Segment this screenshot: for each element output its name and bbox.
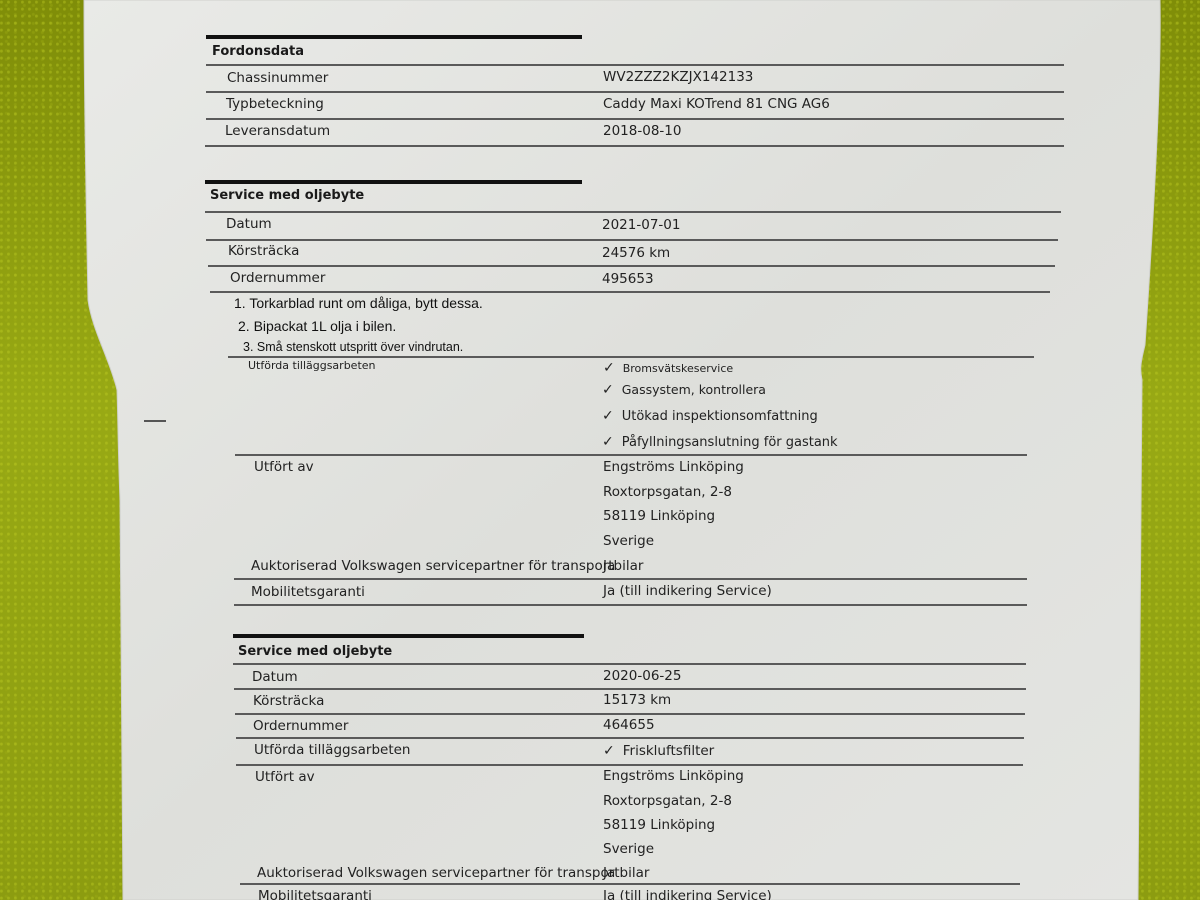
service-1-extra-item: ✓Påfyllningsanslutning för gastank bbox=[602, 434, 838, 450]
service-1-performed-label: Utfört av bbox=[254, 459, 314, 475]
service-1-km-label: Körsträcka bbox=[228, 243, 299, 259]
service-2-dealer-country: Sverige bbox=[603, 841, 654, 857]
row-divider bbox=[235, 454, 1027, 456]
type-label: Typbeteckning bbox=[226, 96, 324, 112]
service-2-mobility-label: Mobilitetsgaranti bbox=[258, 888, 372, 900]
service-2-km-value: 15173 km bbox=[603, 692, 671, 708]
service-1-dealer-name: Engströms Linköping bbox=[603, 459, 744, 475]
row-divider bbox=[208, 265, 1055, 267]
service-1-dealer-street: Roxtorpsgatan, 2-8 bbox=[603, 484, 732, 500]
row-divider bbox=[210, 291, 1050, 293]
service-1-note-3: 3. Små stenskott utspritt över vindrutan… bbox=[243, 340, 463, 354]
row-divider bbox=[206, 239, 1058, 241]
service-2-km-label: Körsträcka bbox=[253, 693, 324, 709]
service-1-extras-label: Utförda tilläggsarbeten bbox=[248, 359, 376, 372]
service-document: Fordonsdata Chassinummer WV2ZZZ2KZJX1421… bbox=[0, 0, 1200, 900]
row-divider bbox=[235, 713, 1025, 715]
service-1-dealer-country: Sverige bbox=[603, 533, 654, 549]
section-divider bbox=[205, 180, 582, 184]
service-2-dealer-name: Engströms Linköping bbox=[603, 768, 744, 784]
section-divider bbox=[233, 634, 584, 638]
service-1-mobility-label: Mobilitetsgaranti bbox=[251, 584, 365, 600]
service-1-authorized-value: Ja bbox=[603, 558, 615, 574]
service-2-date-label: Datum bbox=[252, 669, 298, 685]
row-divider bbox=[233, 663, 1026, 665]
service-1-km-value: 24576 km bbox=[602, 245, 670, 261]
row-divider bbox=[206, 64, 1064, 66]
row-divider bbox=[205, 211, 1061, 213]
delivery-date-label: Leveransdatum bbox=[225, 123, 330, 139]
service-1-date-value: 2021-07-01 bbox=[602, 217, 680, 233]
row-divider bbox=[206, 91, 1064, 93]
service-2-authorized-label: Auktoriserad Volkswagen servicepartner f… bbox=[257, 865, 649, 881]
service-1-mobility-value: Ja (till indikering Service) bbox=[603, 583, 772, 599]
row-divider bbox=[205, 145, 1064, 147]
section-divider bbox=[206, 35, 582, 39]
row-divider bbox=[228, 356, 1034, 358]
service-2-extra-item: ✓Friskluftsfilter bbox=[603, 743, 714, 759]
service-1-order-label: Ordernummer bbox=[230, 270, 325, 286]
service-2-authorized-value: Ja bbox=[603, 865, 615, 881]
service-1-order-value: 495653 bbox=[602, 271, 654, 287]
check-icon: ✓ bbox=[603, 743, 615, 759]
service-1-dealer-city: 58119 Linköping bbox=[603, 508, 715, 524]
row-divider bbox=[236, 737, 1024, 739]
service-1-note-1: 1. Torkarblad runt om dåliga, bytt dessa… bbox=[234, 295, 483, 311]
service-2-order-label: Ordernummer bbox=[253, 718, 348, 734]
row-divider bbox=[234, 578, 1027, 580]
chassis-label: Chassinummer bbox=[227, 70, 328, 86]
row-divider bbox=[240, 883, 1020, 885]
check-icon: ✓ bbox=[603, 360, 615, 376]
service-1-date-label: Datum bbox=[226, 216, 272, 232]
row-divider bbox=[234, 688, 1026, 690]
service-2-performed-label: Utfört av bbox=[255, 769, 315, 785]
check-icon: ✓ bbox=[602, 382, 614, 398]
service-1-extra-item: ✓Bromsvätskeservice bbox=[603, 360, 733, 376]
service-1-title: Service med oljebyte bbox=[210, 188, 364, 203]
row-divider bbox=[236, 764, 1023, 766]
check-icon: ✓ bbox=[602, 408, 614, 424]
service-2-extras-label: Utförda tilläggsarbeten bbox=[254, 742, 410, 758]
service-1-authorized-label: Auktoriserad Volkswagen servicepartner f… bbox=[251, 558, 643, 574]
type-value: Caddy Maxi KOTrend 81 CNG AG6 bbox=[603, 96, 830, 112]
delivery-date-value: 2018-08-10 bbox=[603, 123, 681, 139]
service-2-order-value: 464655 bbox=[603, 717, 655, 733]
row-divider bbox=[234, 604, 1027, 606]
service-2-dealer-city: 58119 Linköping bbox=[603, 817, 715, 833]
service-2-title: Service med oljebyte bbox=[238, 644, 392, 659]
margin-mark bbox=[144, 420, 166, 422]
service-1-extra-item: ✓Utökad inspektionsomfattning bbox=[602, 408, 818, 424]
service-2-dealer-street: Roxtorpsgatan, 2-8 bbox=[603, 793, 732, 809]
check-icon: ✓ bbox=[602, 434, 614, 450]
vehicle-section-title: Fordonsdata bbox=[212, 44, 304, 59]
service-1-note-2: 2. Bipackat 1L olja i bilen. bbox=[238, 318, 396, 334]
service-2-date-value: 2020-06-25 bbox=[603, 668, 681, 684]
service-1-extra-item: ✓Gassystem, kontrollera bbox=[602, 382, 766, 398]
service-2-mobility-value: Ja (till indikering Service) bbox=[603, 888, 772, 900]
row-divider bbox=[206, 118, 1064, 120]
chassis-value: WV2ZZZ2KZJX142133 bbox=[603, 69, 753, 85]
